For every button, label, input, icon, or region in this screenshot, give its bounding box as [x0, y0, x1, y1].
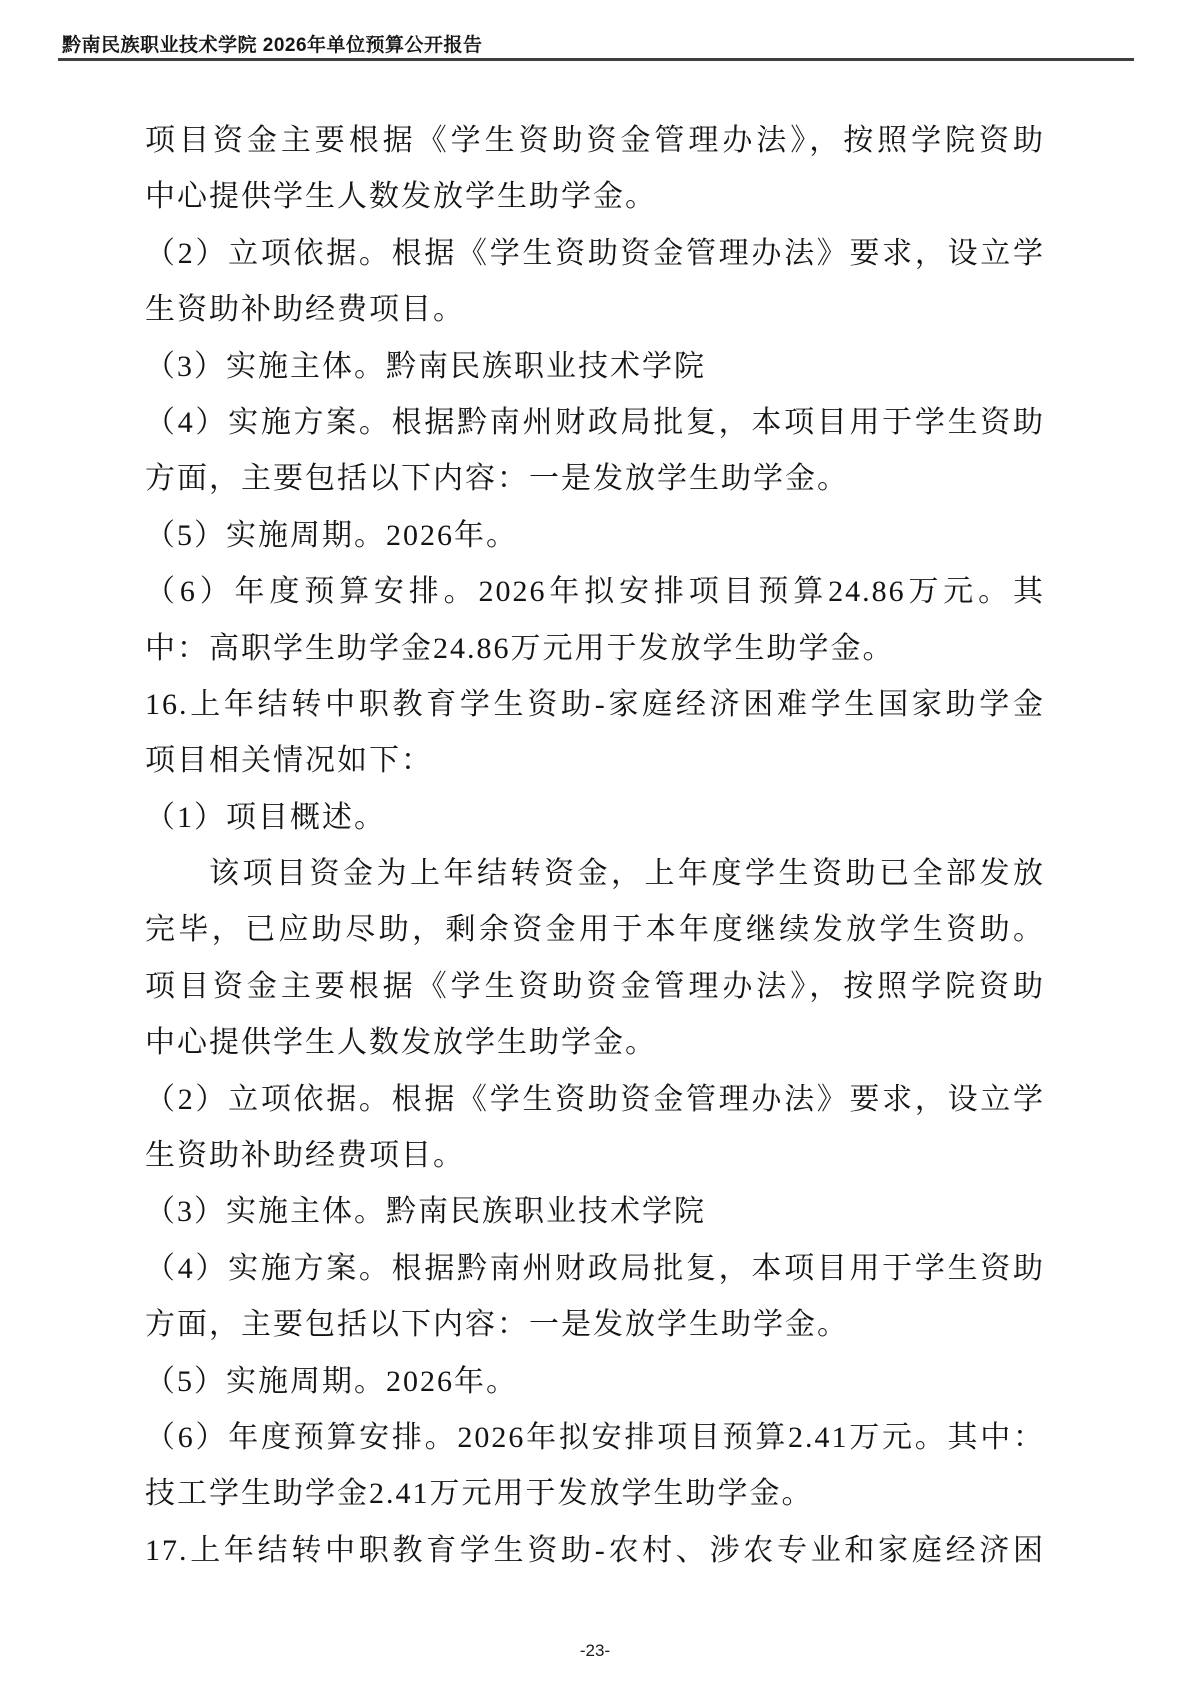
text-line: （6）年度预算安排。2026年拟安排项目预算24.86万元。其: [145, 564, 1045, 620]
text-line: 生资助补助经费项目。: [145, 282, 1045, 338]
text-line: 项目资金主要根据《学生资助资金管理办法》，按照学院资助: [145, 113, 1045, 169]
text-line: 方面，主要包括以下内容：一是发放学生助学金。: [145, 451, 1045, 507]
text-line: （5）实施周期。2026年。: [145, 508, 1045, 564]
text-line: （2）立项依据。根据《学生资助资金管理办法》要求，设立学: [145, 1072, 1045, 1128]
header-divider: [58, 58, 1134, 61]
text-line: （5）实施周期。2026年。: [145, 1354, 1045, 1410]
text-line: 17.上年结转中职教育学生资助-农村、涉农专业和家庭经济困: [145, 1523, 1045, 1579]
text-line: （4）实施方案。根据黔南州财政局批复，本项目用于学生资助: [145, 395, 1045, 451]
page-header-title: 黔南民族职业技术学院 2026年单位预算公开报告: [62, 30, 483, 57]
text-line: （4）实施方案。根据黔南州财政局批复，本项目用于学生资助: [145, 1241, 1045, 1297]
text-line: （1）项目概述。: [145, 790, 1045, 846]
text-line: 中心提供学生人数发放学生助学金。: [145, 1015, 1045, 1071]
text-line: （3）实施主体。黔南民族职业技术学院: [145, 1184, 1045, 1240]
document-body: 项目资金主要根据《学生资助资金管理办法》，按照学院资助 中心提供学生人数发放学生…: [145, 113, 1045, 1579]
text-line: 技工学生助学金2.41万元用于发放学生助学金。: [145, 1466, 1045, 1522]
text-line: 项目资金主要根据《学生资助资金管理办法》，按照学院资助: [145, 959, 1045, 1015]
text-line: （6）年度预算安排。2026年拟安排项目预算2.41万元。其中：: [145, 1410, 1045, 1466]
text-line: 中：高职学生助学金24.86万元用于发放学生助学金。: [145, 621, 1045, 677]
text-line: 完毕，已应助尽助，剩余资金用于本年度继续发放学生资助。: [145, 902, 1045, 958]
document-page: 黔南民族职业技术学院 2026年单位预算公开报告 项目资金主要根据《学生资助资金…: [0, 0, 1190, 1684]
text-line: 方面，主要包括以下内容：一是发放学生助学金。: [145, 1297, 1045, 1353]
text-line: 中心提供学生人数发放学生助学金。: [145, 169, 1045, 225]
text-line: （2）立项依据。根据《学生资助资金管理办法》要求，设立学: [145, 226, 1045, 282]
text-line: 生资助补助经费项目。: [145, 1128, 1045, 1184]
text-line: 16.上年结转中职教育学生资助-家庭经济困难学生国家助学金: [145, 677, 1045, 733]
page-number: -23-: [0, 1641, 1190, 1661]
text-line: （3）实施主体。黔南民族职业技术学院: [145, 339, 1045, 395]
text-line: 项目相关情况如下：: [145, 733, 1045, 789]
text-line: 该项目资金为上年结转资金，上年度学生资助已全部发放: [145, 846, 1045, 902]
